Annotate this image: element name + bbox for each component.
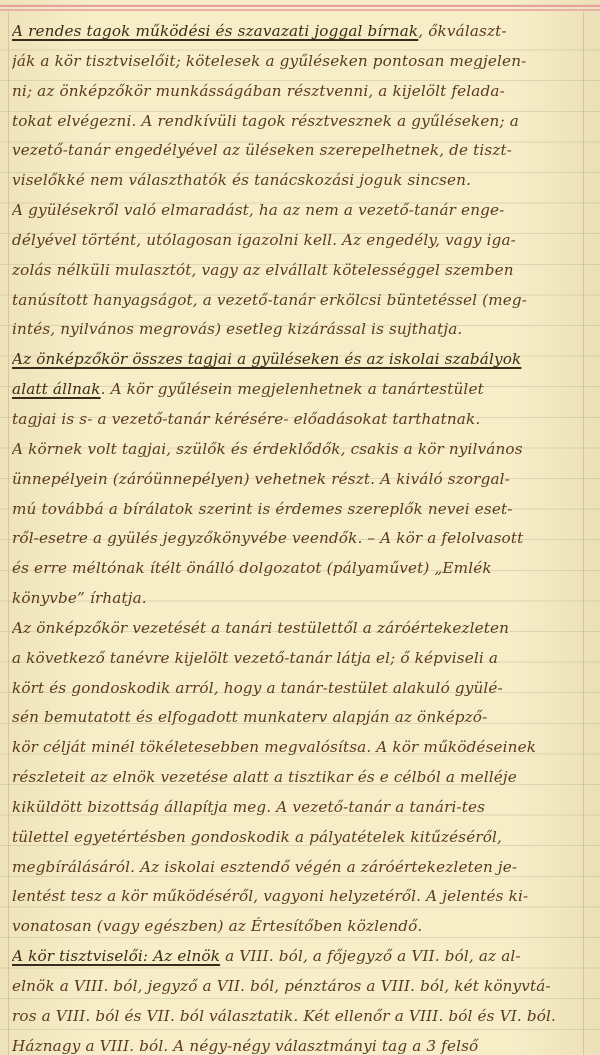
text-line: Háznagy a VIII. ból. A négy-négy választ… (12, 1029, 582, 1055)
body-text: A gyülésekről való elmaradást, ha az nem… (12, 201, 504, 219)
text-line: kiküldött bizottság állapítja meg. A vez… (12, 790, 582, 820)
body-text: ről-esetre a gyülés jegyzőkönyvébe veend… (12, 529, 523, 547)
body-text: könyvbe” írhatja. (12, 589, 147, 607)
text-line: ünnepélyein (záróünnepélyen) vehetnek ré… (12, 462, 582, 492)
text-line: ják a kör tisztviselőit; kötelesek a gyű… (12, 44, 582, 74)
body-text: ros a VIII. ból és VII. ból választatik.… (12, 1007, 556, 1025)
text-line: A rendes tagok működési és szavazati jog… (12, 14, 582, 44)
text-line: tanúsított hanyagságot, a vezető-tanár e… (12, 283, 582, 313)
body-text: elnök a VIII. ból, jegyző a VII. ból, pé… (12, 977, 551, 995)
text-line: mú továbbá a bírálatok szerint is érdeme… (12, 492, 582, 522)
body-text: tanúsított hanyagságot, a vezető-tanár e… (12, 291, 527, 309)
text-line: Az önképzőkör vezetését a tanári testüle… (12, 611, 582, 641)
body-text: megbírálásáról. Az iskolai esztendő végé… (12, 858, 517, 876)
underlined-heading-text: alatt állnak (12, 380, 101, 398)
top-red-rule-second (0, 9, 600, 11)
body-text: , őkválaszt- (418, 22, 506, 40)
body-text: Háznagy a VIII. ból. A négy-négy választ… (12, 1037, 478, 1055)
body-text: intés, nyilvános megrovás) esetleg kizár… (12, 320, 462, 338)
body-text: ni; az önképzőkör munkásságában résztven… (12, 82, 505, 100)
text-line: vonatosan (vagy egészben) az Értesítőben… (12, 909, 582, 939)
text-line: tülettel egyetértésben gondoskodik a pál… (12, 820, 582, 850)
text-line: ről-esetre a gyülés jegyzőkönyvébe veend… (12, 521, 582, 551)
body-text: ják a kör tisztviselőit; kötelesek a gyű… (12, 52, 526, 70)
text-line: sén bemutatott és elfogadott munkaterv a… (12, 700, 582, 730)
text-line: megbírálásáról. Az iskolai esztendő végé… (12, 850, 582, 880)
left-margin-line (8, 12, 9, 1055)
body-text: A körnek volt tagjai, szülők és érdeklőd… (12, 440, 523, 458)
text-line: tagjai is s- a vezető-tanár kérésére- el… (12, 402, 582, 432)
body-text: zolás nélküli mulasztót, vagy az elválla… (12, 261, 514, 279)
body-text: vezető-tanár engedélyével az üléseken sz… (12, 141, 512, 159)
text-line: kört és gondoskodik arról, hogy a tanár-… (12, 671, 582, 701)
body-text: sén bemutatott és elfogadott munkaterv a… (12, 708, 487, 726)
body-text: . A kör gyűlésein megjelenhetnek a tanár… (101, 380, 484, 398)
underlined-heading-text: A kör tisztviselői: Az elnök (12, 947, 220, 965)
text-line: a következő tanévre kijelölt vezető-taná… (12, 641, 582, 671)
text-line: lentést tesz a kör működéséről, vagyoni … (12, 879, 582, 909)
text-line: intés, nyilvános megrovás) esetleg kizár… (12, 312, 582, 342)
body-text: délyével történt, utólagosan igazolni ke… (12, 231, 516, 249)
text-line: délyével történt, utólagosan igazolni ke… (12, 223, 582, 253)
text-line: és erre méltónak ítélt önálló dolgozatot… (12, 551, 582, 581)
text-line: A körnek volt tagjai, szülők és érdeklőd… (12, 432, 582, 462)
body-text: lentést tesz a kör működéséről, vagyoni … (12, 887, 528, 905)
text-line: tokat elvégezni. A rendkívüli tagok rész… (12, 104, 582, 134)
body-text: a VIII. ból, a főjegyző a VII. ból, az a… (220, 947, 521, 965)
body-text: kört és gondoskodik arról, hogy a tanár-… (12, 679, 503, 697)
text-line: elnök a VIII. ból, jegyző a VII. ból, pé… (12, 969, 582, 999)
text-line: vezető-tanár engedélyével az üléseken sz… (12, 133, 582, 163)
text-line: részleteit az elnök vezetése alatt a tis… (12, 760, 582, 790)
body-text: tokat elvégezni. A rendkívüli tagok rész… (12, 112, 519, 130)
text-line: kör célját minél tökéletesebben megvalós… (12, 730, 582, 760)
body-text: mú továbbá a bírálatok szerint is érdeme… (12, 500, 513, 518)
text-line: ros a VIII. ból és VII. ból választatik.… (12, 999, 582, 1029)
text-line: A gyülésekről való elmaradást, ha az nem… (12, 193, 582, 223)
right-margin-line (583, 12, 584, 1055)
body-text: kör célját minél tökéletesebben megvalós… (12, 738, 536, 756)
top-red-rule (0, 5, 600, 7)
body-text: és erre méltónak ítélt önálló dolgozatot… (12, 559, 492, 577)
underlined-heading-text: A rendes tagok működési és szavazati jog… (12, 22, 418, 40)
scanned-page: A rendes tagok működési és szavazati jog… (0, 0, 600, 1055)
body-text: a következő tanévre kijelölt vezető-taná… (12, 649, 498, 667)
body-text: Az önképzőkör vezetését a tanári testüle… (12, 619, 509, 637)
text-line: ni; az önképzőkör munkásságában résztven… (12, 74, 582, 104)
body-text: részleteit az elnök vezetése alatt a tis… (12, 768, 517, 786)
body-text: kiküldött bizottság állapítja meg. A vez… (12, 798, 485, 816)
body-text: vonatosan (vagy egészben) az Értesítőben… (12, 917, 422, 935)
body-text: tagjai is s- a vezető-tanár kérésére- el… (12, 410, 480, 428)
text-line: zolás nélküli mulasztót, vagy az elválla… (12, 253, 582, 283)
body-text: tülettel egyetértésben gondoskodik a pál… (12, 828, 502, 846)
body-text: ünnepélyein (záróünnepélyen) vehetnek ré… (12, 470, 510, 488)
text-line: viselőkké nem választhatók és tanácskozá… (12, 163, 582, 193)
handwritten-text-block: A rendes tagok működési és szavazati jog… (12, 14, 582, 1055)
underlined-heading-text: Az önképzőkör összes tagjai a gyüléseken… (12, 350, 521, 368)
text-line: könyvbe” írhatja. (12, 581, 582, 611)
body-text: viselőkké nem választhatók és tanácskozá… (12, 171, 471, 189)
text-line: Az önképzőkör összes tagjai a gyüléseken… (12, 342, 582, 372)
text-line: alatt állnak. A kör gyűlésein megjelenhe… (12, 372, 582, 402)
text-line: A kör tisztviselői: Az elnök a VIII. ból… (12, 939, 582, 969)
